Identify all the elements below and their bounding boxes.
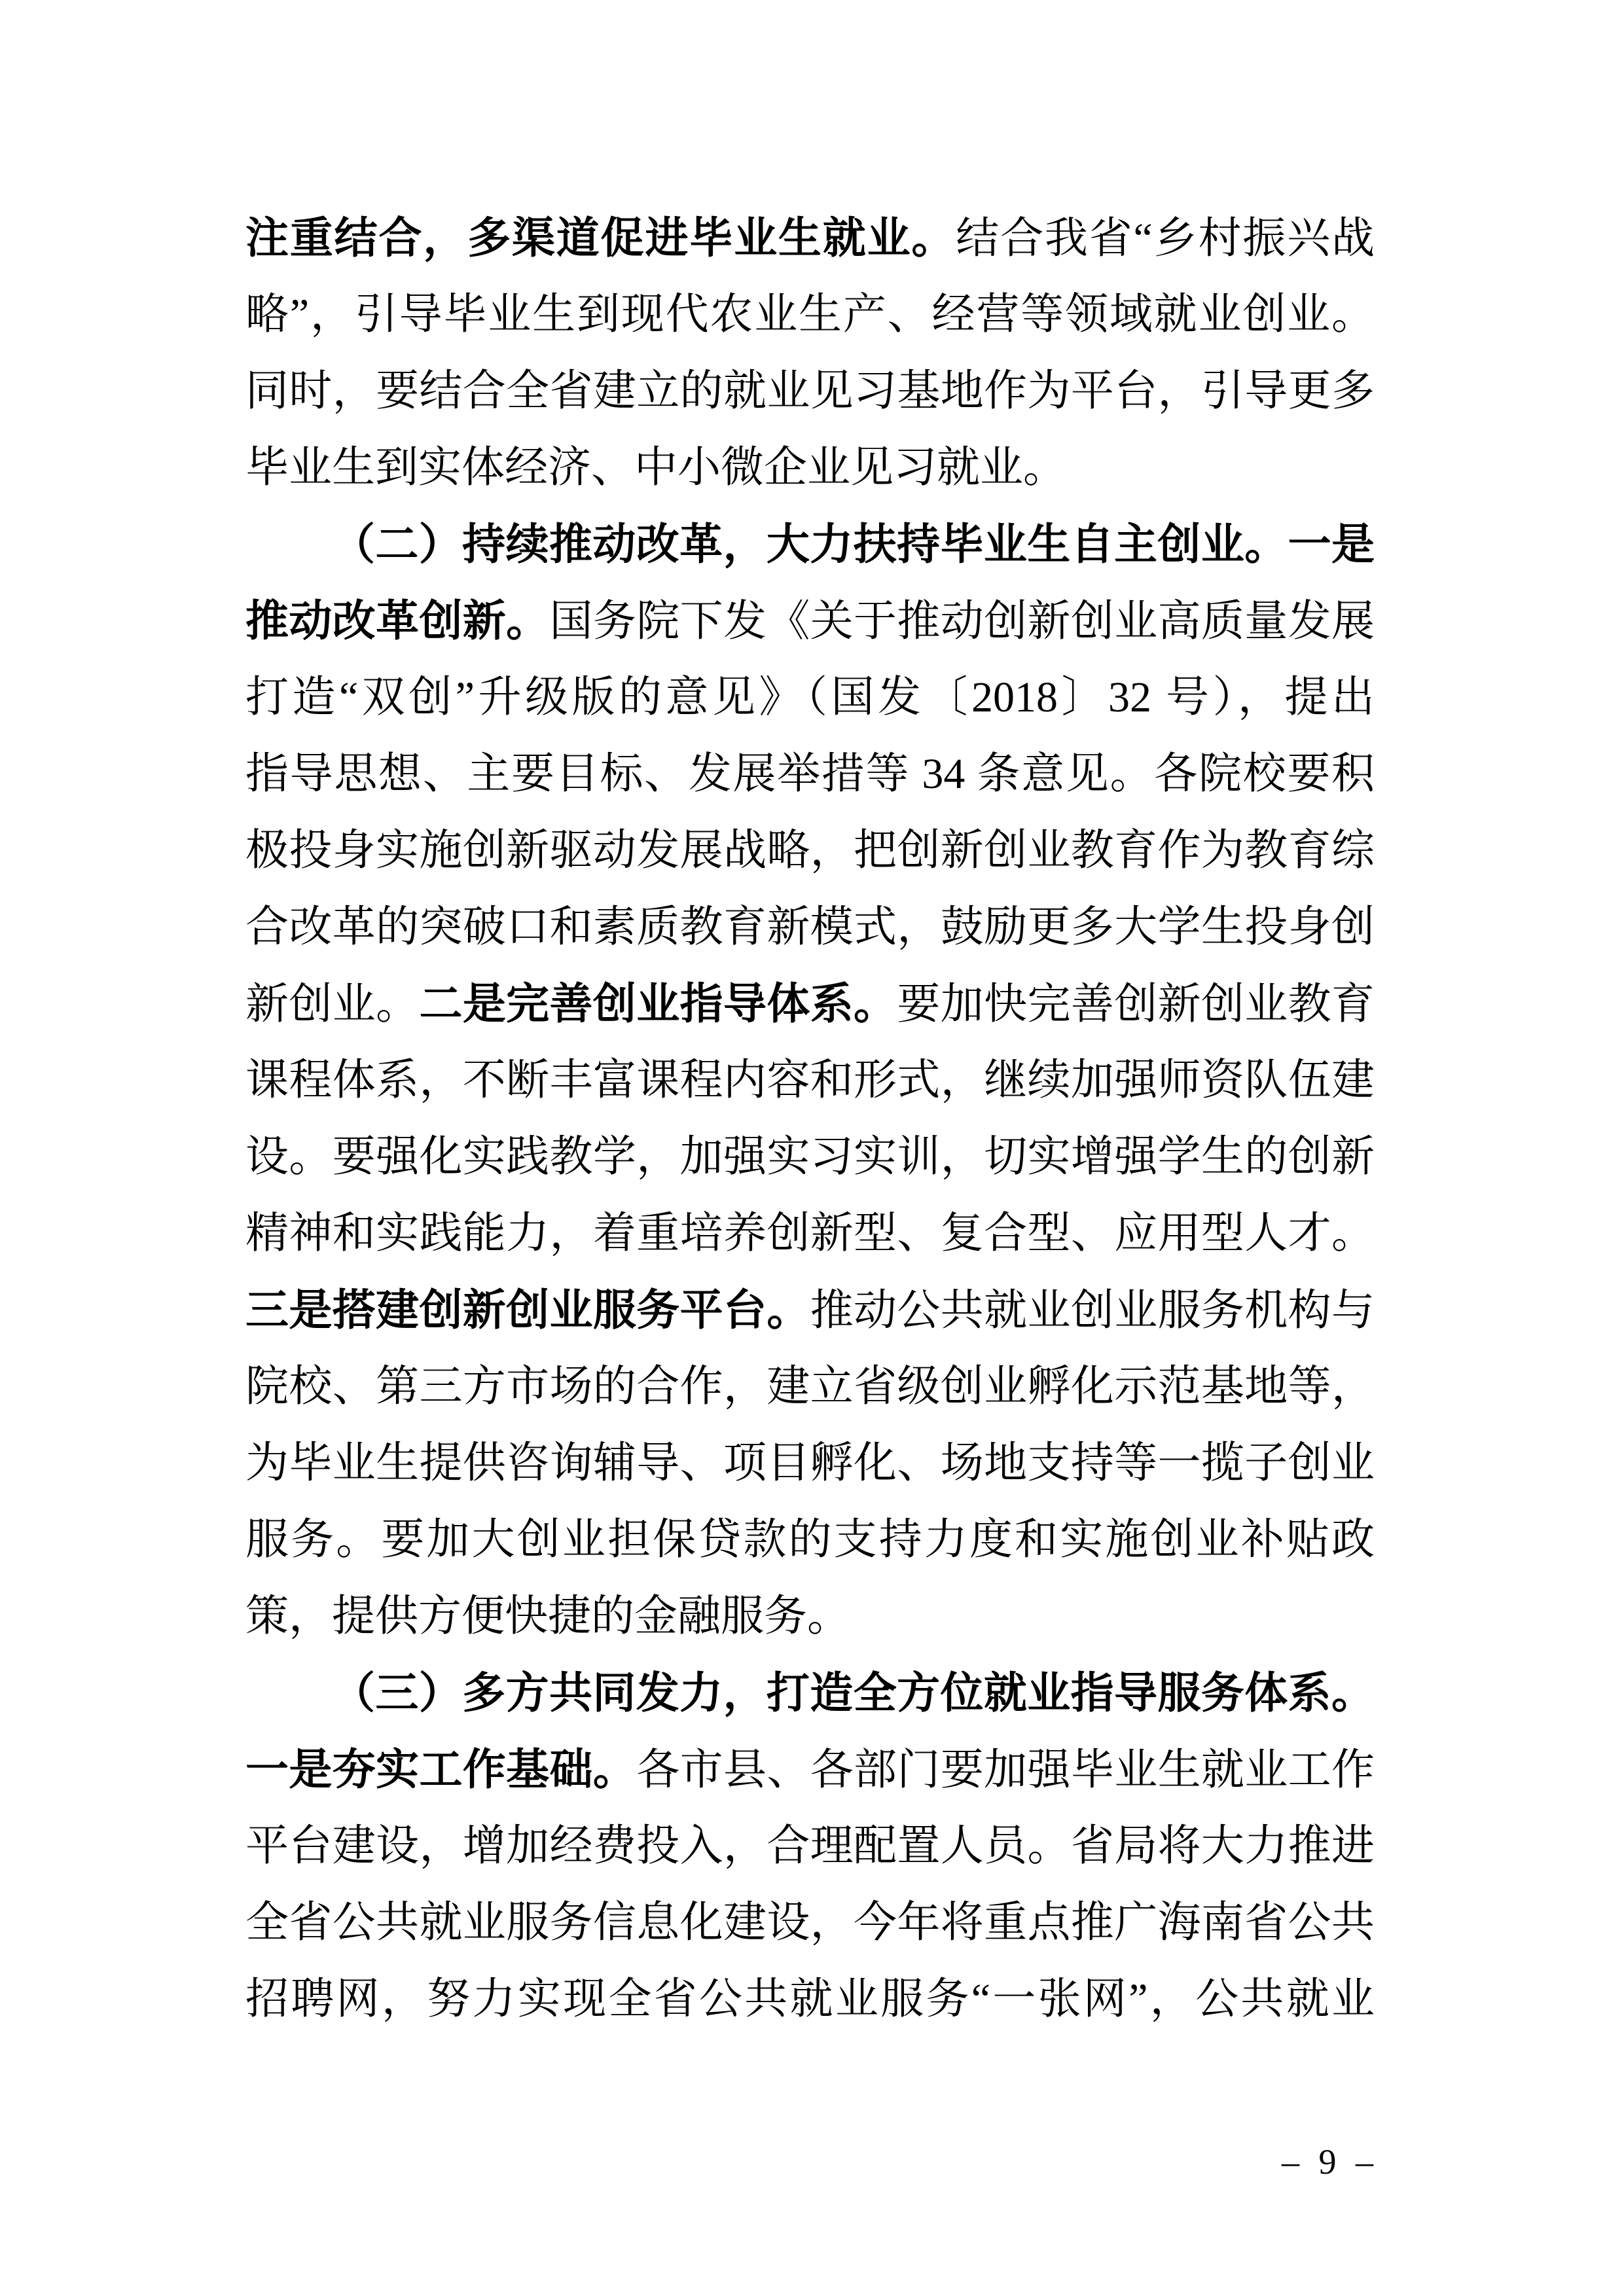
text-line: 精神和实践能力，着重培养创新型、复合型、应用型人才。 (245, 1195, 1375, 1272)
text-segment-bold: 推动改革创新。 (245, 596, 550, 645)
document-page: 注重结合，多渠道促进毕业生就业。结合我省“乡村振兴战略”，引导毕业生到现代农业生… (0, 0, 1624, 2296)
text-line: 为毕业生提供咨询辅导、项目孵化、场地支持等一揽子创业 (245, 1425, 1375, 1501)
text-segment: 设。要强化实践教学，加强实习实训，切实增强学生的创新 (245, 1133, 1375, 1181)
text-segment: 打造“双创”升级版的意见》（国发〔2018〕32 号），提出 (245, 673, 1375, 721)
text-line: 设。要强化实践教学，加强实习实训，切实增强学生的创新 (245, 1119, 1375, 1195)
text-line: 注重结合，多渠道促进毕业生就业。结合我省“乡村振兴战 (245, 200, 1375, 276)
text-line: 平台建设，增加经费投入，合理配置人员。省局将大力推进 (245, 1808, 1375, 1884)
text-line: 合改革的突破口和素质教育新模式，鼓励更多大学生投身创 (245, 889, 1375, 965)
text-line: 一是夯实工作基础。各市县、各部门要加强毕业生就业工作 (245, 1731, 1375, 1808)
text-segment: 新创业。 (245, 980, 419, 1028)
text-segment-bold: 三是搭建创新创业服务平台。 (245, 1285, 810, 1334)
text-segment: 合改革的突破口和素质教育新模式，鼓励更多大学生投身创 (245, 903, 1375, 951)
text-segment: 招聘网，努力实现全省公共就业服务“一张网”，公共就业 (245, 1975, 1375, 2023)
text-segment: 极投身实施创新驱动发展战略，把创新创业教育作为教育综 (245, 827, 1375, 874)
text-segment-bold: 一是夯实工作基础。 (245, 1745, 636, 1793)
text-segment: 全省公共就业服务信息化建设，今年将重点推广海南省公共 (245, 1899, 1375, 1946)
text-line: 推动改革创新。国务院下发《关于推动创新创业高质量发展 (245, 583, 1375, 659)
text-segment: 服务。要加大创业担保贷款的支持力度和实施创业补贴政 (245, 1516, 1375, 1564)
text-line: 极投身实施创新驱动发展战略，把创新创业教育作为教育综 (245, 812, 1375, 889)
text-segment: 院校、第三方市场的合作，建立省级创业孵化示范基地等， (245, 1363, 1375, 1410)
text-segment: 国务院下发《关于推动创新创业高质量发展 (550, 598, 1375, 645)
text-segment: 毕业生到实体经济、中小微企业见习就业。 (245, 444, 1066, 492)
text-segment: 略”，引导毕业生到现代农业生产、经营等领域就业创业。 (245, 291, 1375, 338)
text-segment: 为毕业生提供咨询辅导、项目孵化、场地支持等一揽子创业 (245, 1439, 1375, 1487)
text-segment: 课程体系，不断丰富课程内容和形式，继续加强师资队伍建 (245, 1056, 1375, 1104)
text-segment-bold: 二是完善创业指导体系。 (419, 979, 897, 1028)
text-line: 打造“双创”升级版的意见》（国发〔2018〕32 号），提出 (245, 659, 1375, 736)
text-line: 略”，引导毕业生到现代农业生产、经营等领域就业创业。 (245, 276, 1375, 353)
document-body: 注重结合，多渠道促进毕业生就业。结合我省“乡村振兴战略”，引导毕业生到现代农业生… (245, 200, 1375, 2037)
text-segment-bold: 注重结合，多渠道促进毕业生就业。 (245, 213, 956, 262)
text-segment: 各市县、各部门要加强毕业生就业工作 (636, 1746, 1375, 1794)
text-segment: 要加快完善创新创业教育 (897, 980, 1375, 1028)
text-line: （三）多方共同发力，打造全方位就业指导服务体系。 (245, 1655, 1375, 1731)
text-segment: 精神和实践能力，着重培养创新型、复合型、应用型人才。 (245, 1210, 1375, 1257)
text-line: 同时，要结合全省建立的就业见习基地作为平台，引导更多 (245, 353, 1375, 429)
text-segment: 结合我省“乡村振兴战 (956, 215, 1375, 262)
text-line: 指导思想、主要目标、发展举措等 34 条意见。各院校要积 (245, 736, 1375, 812)
text-segment: 平台建设，增加经费投入，合理配置人员。省局将大力推进 (245, 1822, 1375, 1870)
text-line: 三是搭建创新创业服务平台。推动公共就业创业服务机构与 (245, 1272, 1375, 1348)
text-segment: 推动公共就业创业服务机构与 (810, 1287, 1375, 1335)
text-segment: 指导思想、主要目标、发展举措等 34 条意见。各院校要积 (245, 750, 1375, 798)
text-line: 全省公共就业服务信息化建设，今年将重点推广海南省公共 (245, 1884, 1375, 1961)
text-line: 策，提供方便快捷的金融服务。 (245, 1578, 1375, 1655)
text-line: 毕业生到实体经济、中小微企业见习就业。 (245, 429, 1375, 506)
text-line: 招聘网，努力实现全省公共就业服务“一张网”，公共就业 (245, 1961, 1375, 2037)
text-segment-bold: （二）持续推动改革，大力扶持毕业生自主创业。一是 (332, 520, 1375, 568)
text-line: （二）持续推动改革，大力扶持毕业生自主创业。一是 (245, 506, 1375, 583)
text-line: 院校、第三方市场的合作，建立省级创业孵化示范基地等， (245, 1348, 1375, 1425)
text-line: 新创业。二是完善创业指导体系。要加快完善创新创业教育 (245, 965, 1375, 1042)
text-segment: 策，提供方便快捷的金融服务。 (245, 1592, 850, 1640)
page-number: – 9 – (1282, 2139, 1379, 2185)
text-segment-bold: （三）多方共同发力，打造全方位就业指导服务体系。 (332, 1668, 1375, 1717)
text-line: 服务。要加大创业担保贷款的支持力度和实施创业补贴政 (245, 1501, 1375, 1578)
text-line: 课程体系，不断丰富课程内容和形式，继续加强师资队伍建 (245, 1042, 1375, 1119)
text-segment: 同时，要结合全省建立的就业见习基地作为平台，引导更多 (245, 367, 1375, 415)
